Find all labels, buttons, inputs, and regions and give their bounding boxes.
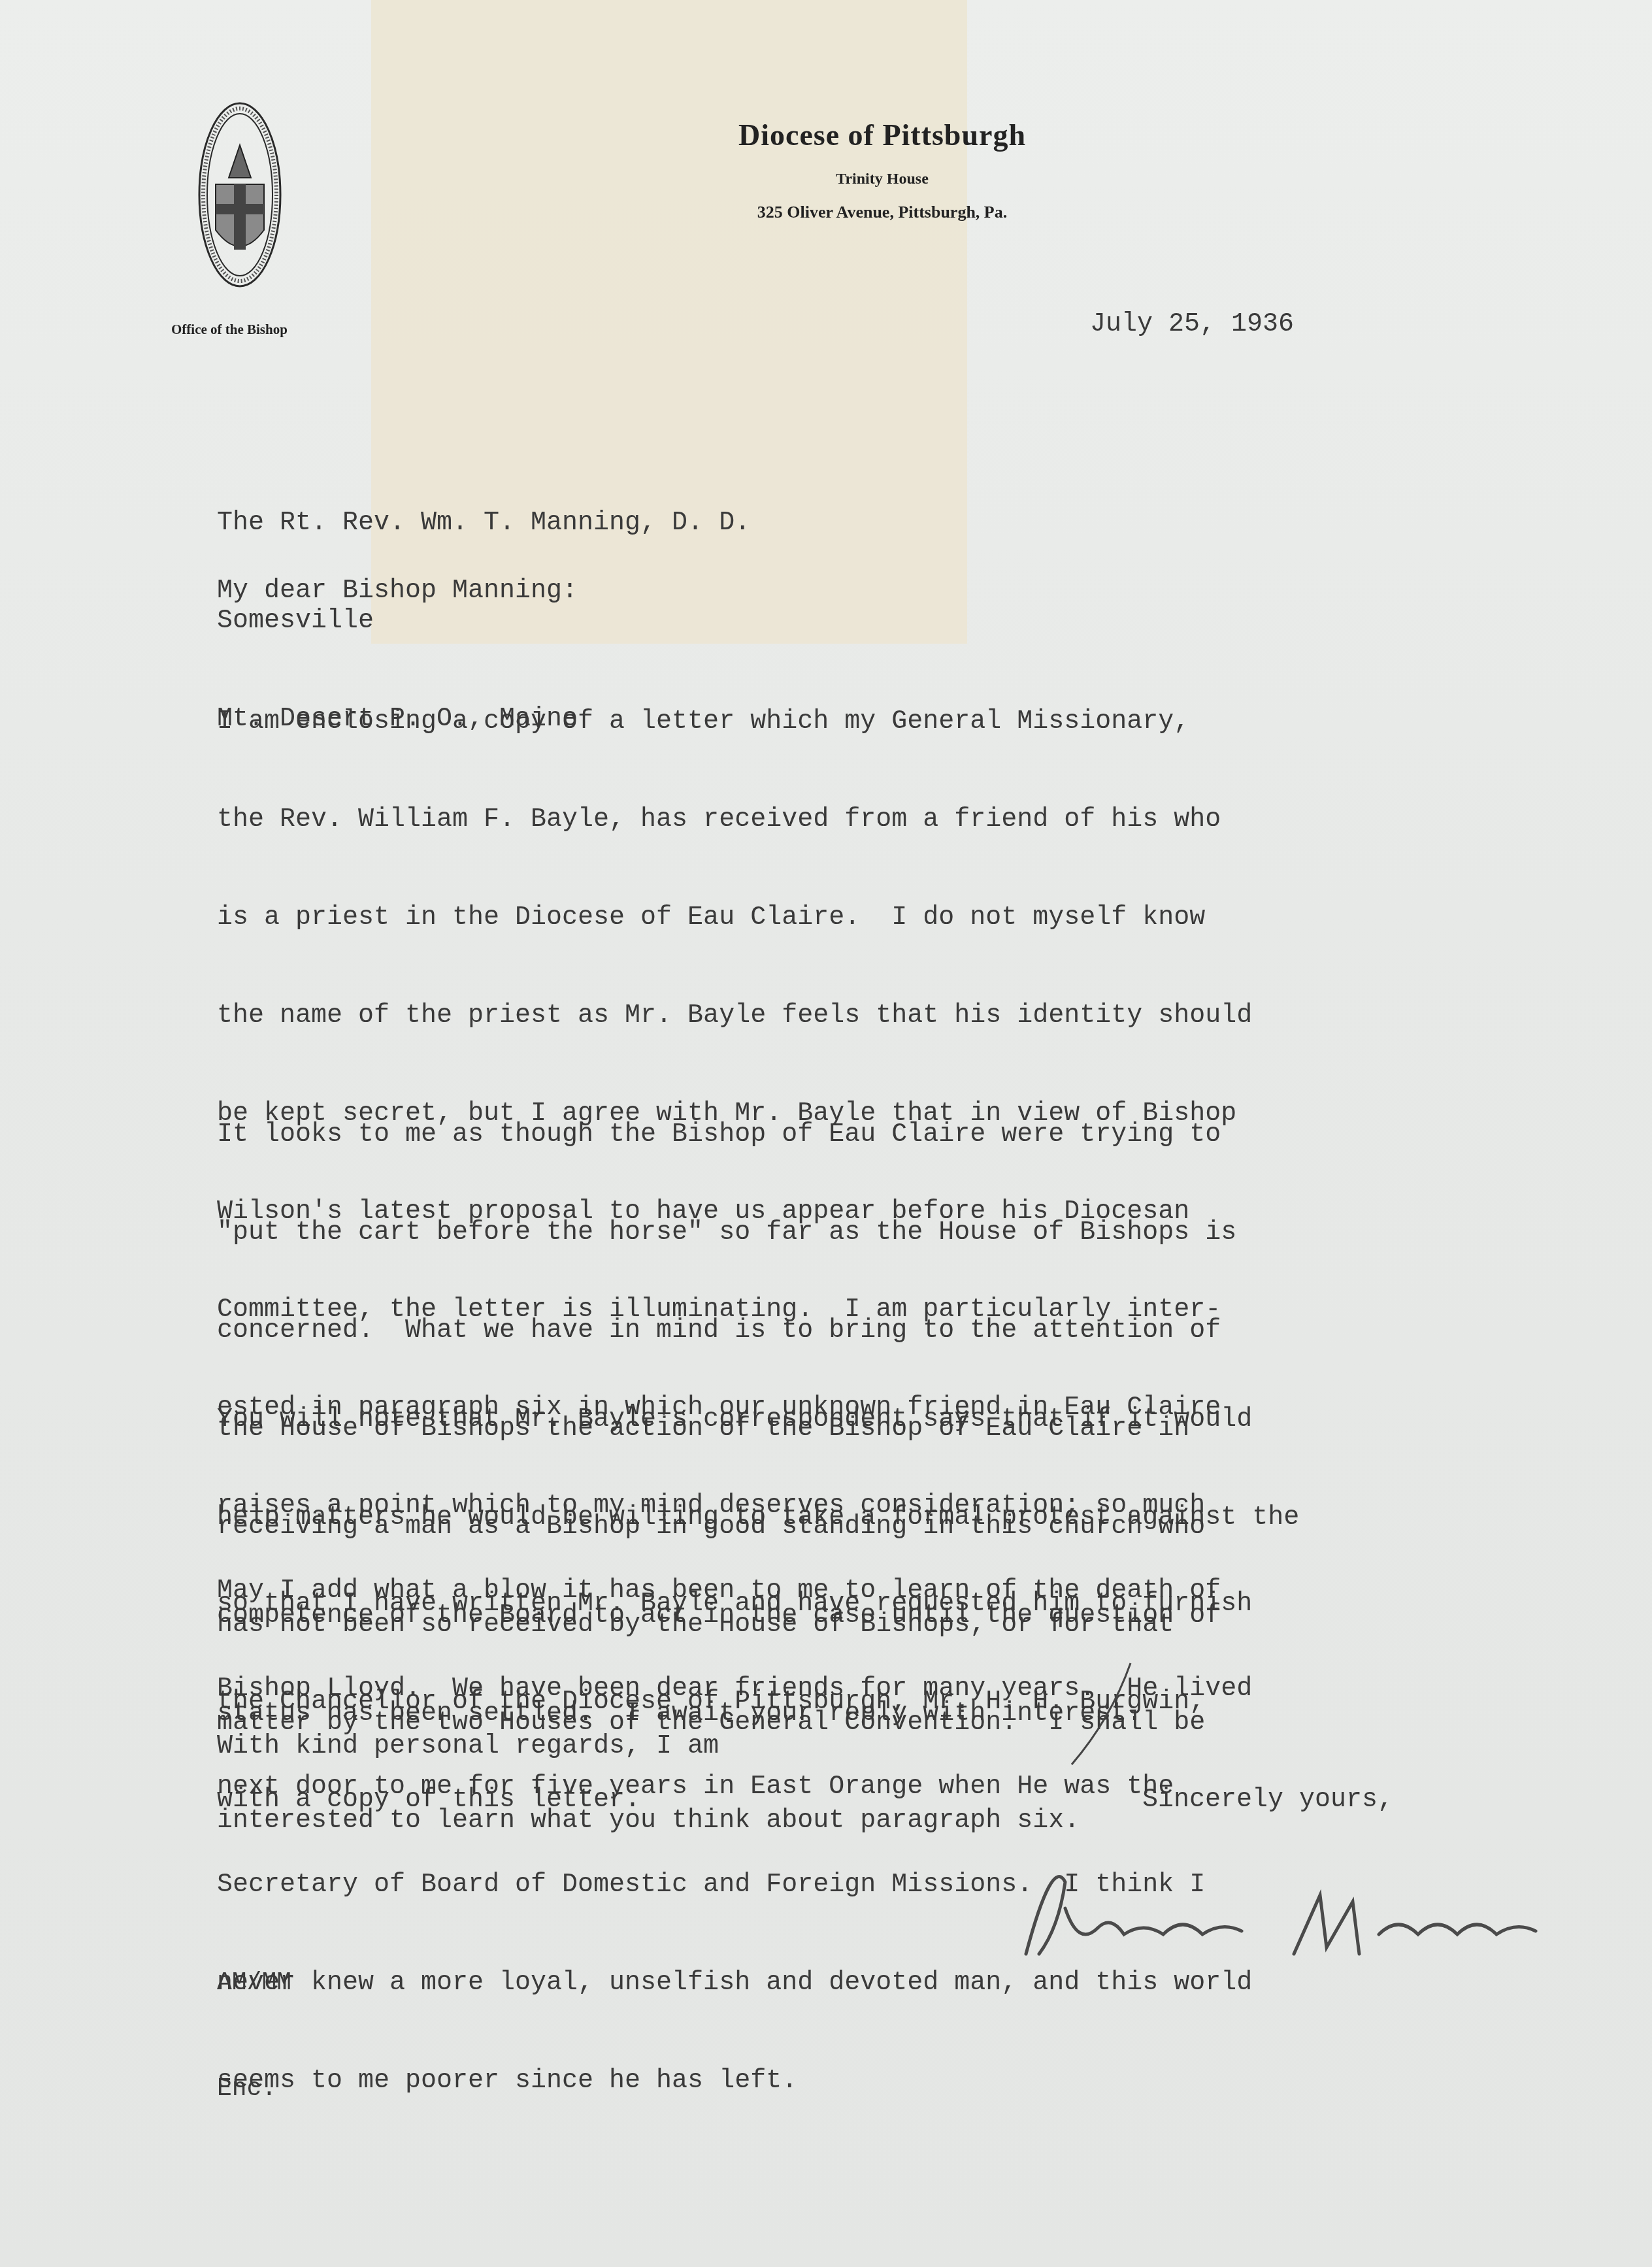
recipient-town: Somesville [217,605,750,638]
pen-stroke-mark [1059,1660,1137,1771]
sign-off: Sincerely yours, [1142,1785,1393,1815]
diocesan-seal-icon [196,99,284,290]
paragraph-4: May I add what a blow it has been to me … [217,1510,1252,2130]
text-line: You will note that Mr. Bayle's correspon… [217,1404,1299,1436]
reference-initials: AM/MM [217,1966,291,2001]
text-line: never knew a more loyal, unselfish and d… [217,1967,1252,2000]
enclosure-note: Enc. [217,2072,291,2107]
organization-address: 325 Oliver Avenue, Pittsburgh, Pa. [693,203,1072,222]
text-line: the name of the priest as Mr. Bayle feel… [217,1000,1252,1033]
letter-date: July 25, 1936 [1090,310,1294,339]
closing-line: With kind personal regards, I am [217,1730,719,1763]
recipient-name: The Rt. Rev. Wm. T. Manning, D. D. [217,507,750,540]
handwritten-signature [1013,1869,1614,1961]
text-line: It looks to me as though the Bishop of E… [217,1119,1236,1151]
salutation: My dear Bishop Manning: [217,575,578,608]
organization-name: Diocese of Pittsburgh [693,118,1072,152]
text-line: "put the cart before the horse" so far a… [217,1217,1236,1249]
text-line: next door to me for five years in East O… [217,1771,1252,1804]
building-name: Trinity House [693,171,1072,188]
office-label: Office of the Bishop [171,322,288,338]
text-line: seems to me poorer since he has left. [217,2065,1252,2098]
text-line: I am enclosing a copy of a letter which … [217,706,1252,738]
text-line: May I add what a blow it has been to me … [217,1575,1252,1608]
text-line: is a priest in the Diocese of Eau Claire… [217,902,1252,935]
reference-block: AM/MM Enc. [217,1895,291,2142]
text-line: the Rev. William F. Bayle, has received … [217,804,1252,836]
letterhead: Diocese of Pittsburgh Trinity House 325 … [693,118,1072,222]
